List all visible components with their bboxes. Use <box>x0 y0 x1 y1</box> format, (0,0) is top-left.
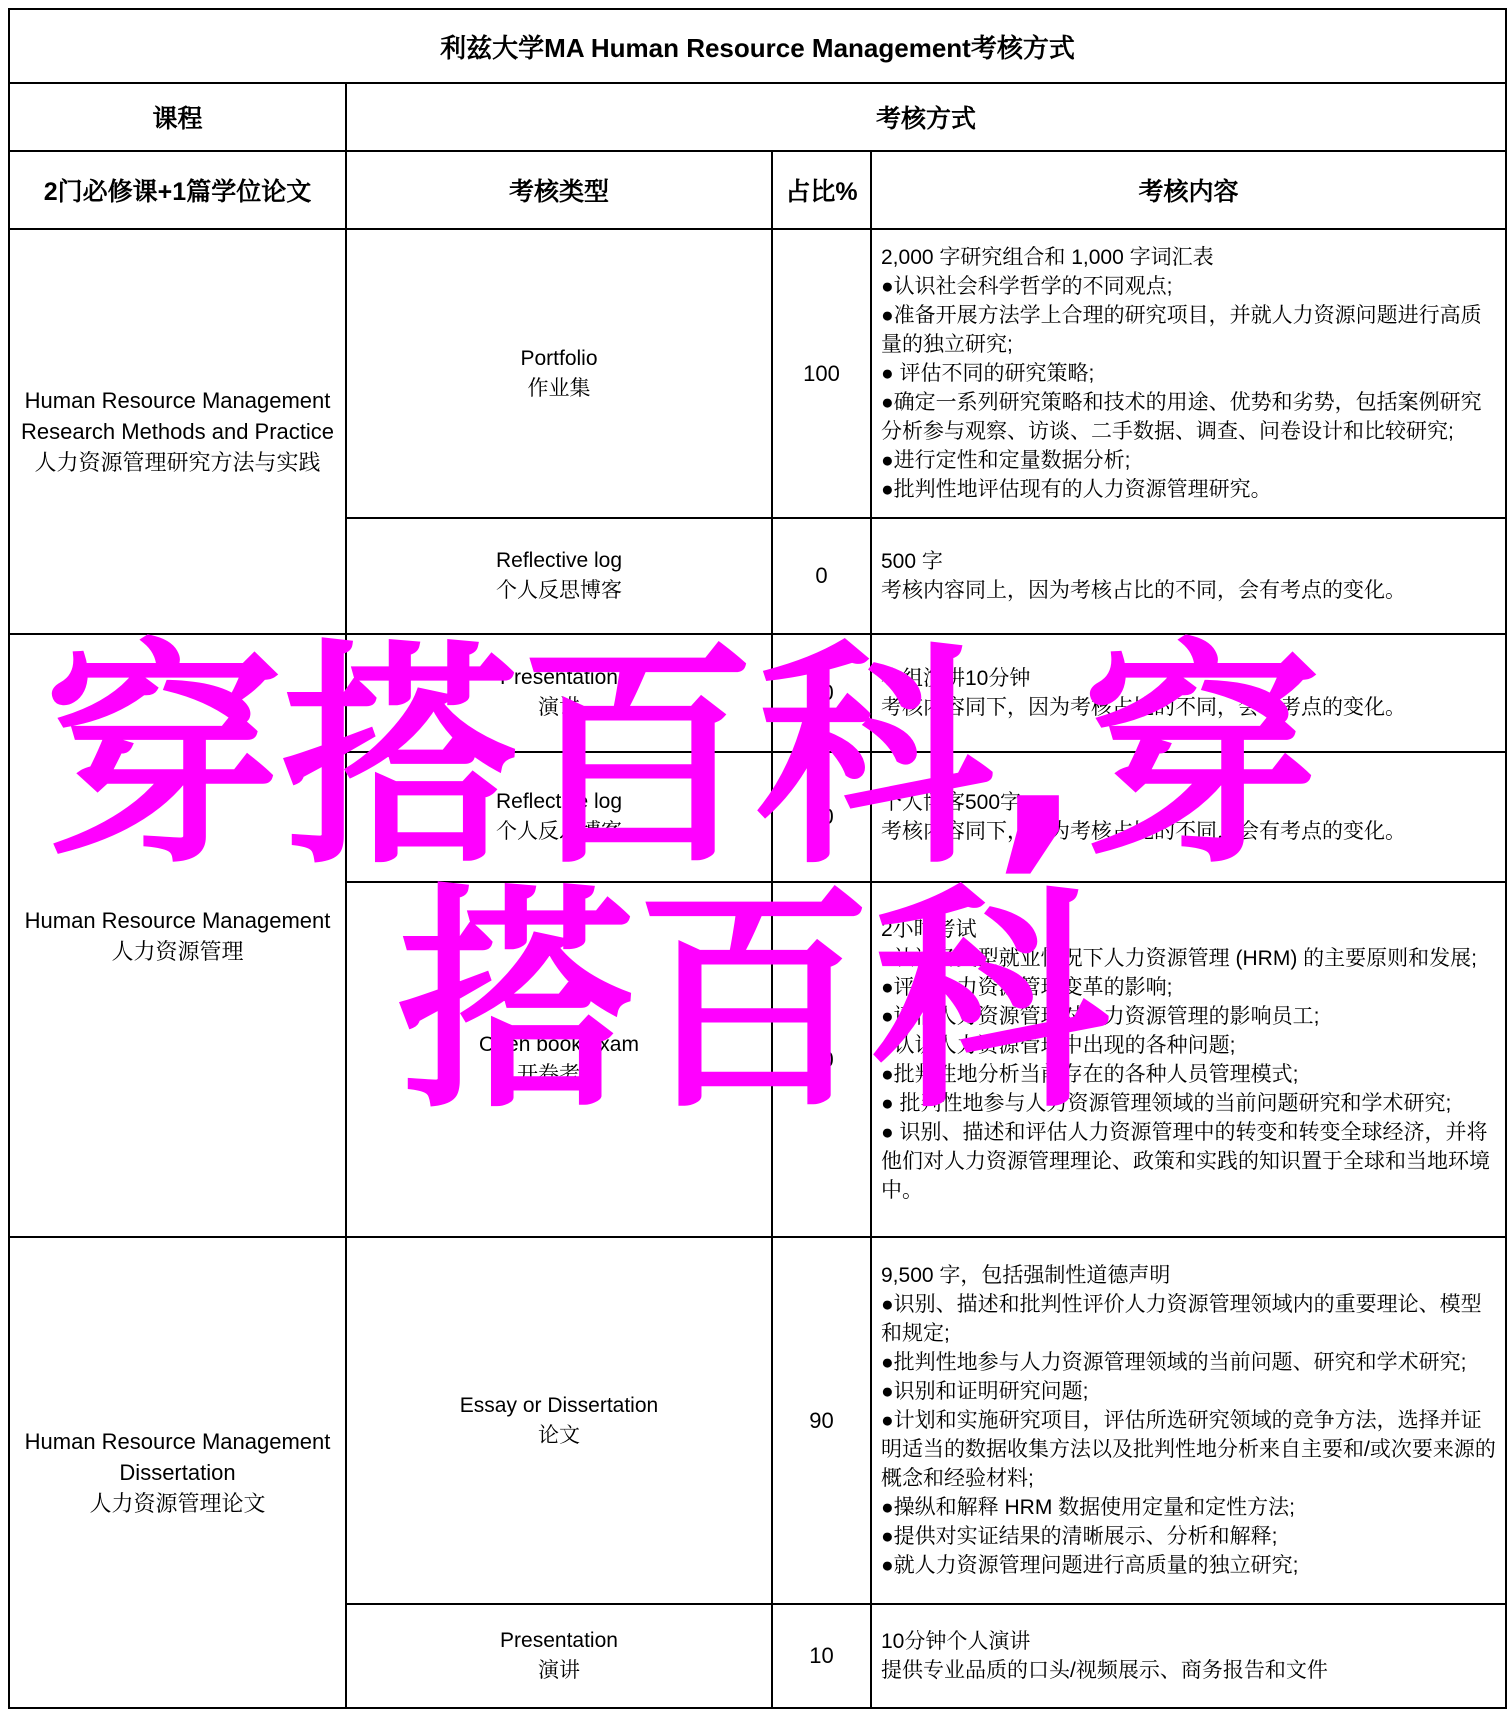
text-line: Human Resource Management <box>10 1426 345 1457</box>
content-essay: 9,500 字，包括强制性道德声明●识别、描述和批判性评价人力资源管理领域内的重… <box>871 1237 1506 1604</box>
content-presentation-2: 10分钟个人演讲提供专业品质的口头/视频展示、商务报告和文件 <box>871 1604 1506 1708</box>
content-reflective-log-1: 500 字考核内容同上，因为考核占比的不同，会有考点的变化。 <box>871 518 1506 634</box>
watermark-line-1: 穿搭百科,穿 <box>45 640 1320 877</box>
text-line: Essay or Dissertation <box>347 1391 771 1421</box>
text-line: 人力资源管理 <box>10 936 345 967</box>
text-line: 论文 <box>347 1421 771 1451</box>
header-content: 考核内容 <box>871 151 1506 229</box>
text-line: 9,500 字，包括强制性道德声明 <box>881 1261 1499 1290</box>
text-line: ●就人力资源管理问题进行高质量的独立研究; <box>881 1551 1499 1580</box>
text-line: ●认识社会科学哲学的不同观点; <box>881 272 1499 301</box>
course-name-dissertation: Human Resource ManagementDissertation人力资… <box>9 1237 346 1708</box>
text-line: 提供专业品质的口头/视频展示、商务报告和文件 <box>881 1656 1499 1685</box>
text-line: 2,000 字研究组合和 1,000 字词汇表 <box>881 243 1499 272</box>
assessment-type-essay: Essay or Dissertation论文 <box>346 1237 772 1604</box>
header-type: 考核类型 <box>346 151 772 229</box>
page-title: 利兹大学MA Human Resource Management考核方式 <box>9 9 1506 83</box>
text-line: ●提供对实证结果的清晰展示、分析和解释; <box>881 1522 1499 1551</box>
assessment-type-reflective-log-1: Reflective log个人反思博客 <box>346 518 772 634</box>
text-line: ● 评估不同的研究策略; <box>881 359 1499 388</box>
text-line: 人力资源管理论文 <box>10 1488 345 1519</box>
text-line: 考核内容同上，因为考核占比的不同，会有考点的变化。 <box>881 576 1499 605</box>
header-course-sub: 2门必修课+1篇学位论文 <box>9 151 346 229</box>
text-line: ●操纵和解释 HRM 数据使用定量和定性方法; <box>881 1493 1499 1522</box>
assessment-type-presentation-2: Presentation演讲 <box>346 1604 772 1708</box>
text-line: ●批判性地参与人力资源管理领域的当前问题、研究和学术研究; <box>881 1348 1499 1377</box>
text-line: ●确定一系列研究策略和技术的用途、优势和劣势，包括案例研究分析参与观察、访谈、二… <box>881 388 1499 446</box>
page: 利兹大学MA Human Resource Management考核方式 课程 … <box>0 0 1512 1709</box>
content-portfolio: 2,000 字研究组合和 1,000 字词汇表●认识社会科学哲学的不同观点;●准… <box>871 229 1506 518</box>
header-row-2: 2门必修课+1篇学位论文 考核类型 占比% 考核内容 <box>9 151 1506 229</box>
text-line: Reflective log <box>347 546 771 576</box>
header-method: 考核方式 <box>346 83 1506 151</box>
pct-reflective-log-1: 0 <box>772 518 871 634</box>
text-line: Portfolio <box>347 344 771 374</box>
table-row: Human Resource ManagementResearch Method… <box>9 229 1506 518</box>
text-line: Human Resource Management <box>10 905 345 936</box>
text-line: ●准备开展方法学上合理的研究项目，并就人力资源问题进行高质量的独立研究; <box>881 301 1499 359</box>
table-row: Human Resource ManagementDissertation人力资… <box>9 1237 1506 1604</box>
text-line: Human Resource Management <box>10 385 345 416</box>
header-pct: 占比% <box>772 151 871 229</box>
text-line: ●进行定性和定量数据分析; <box>881 446 1499 475</box>
text-line: Presentation <box>347 1626 771 1656</box>
text-line: 500 字 <box>881 547 1499 576</box>
pct-portfolio: 100 <box>772 229 871 518</box>
text-line: 10分钟个人演讲 <box>881 1627 1499 1656</box>
text-line: 演讲 <box>347 1656 771 1686</box>
text-line: ●识别和证明研究问题; <box>881 1377 1499 1406</box>
text-line: ●识别、描述和批判性评价人力资源管理领域内的重要理论、模型和规定; <box>881 1290 1499 1348</box>
header-course: 课程 <box>9 83 346 151</box>
text-line: 作业集 <box>347 374 771 404</box>
assessment-type-portfolio: Portfolio作业集 <box>346 229 772 518</box>
pct-essay: 90 <box>772 1237 871 1604</box>
pct-presentation-2: 10 <box>772 1604 871 1708</box>
text-line: ●计划和实施研究项目，评估所选研究领域的竞争方法，选择并证明适当的数据收集方法以… <box>881 1406 1499 1493</box>
text-line: Research Methods and Practice <box>10 416 345 447</box>
text-line: 人力资源管理研究方法与实践 <box>10 447 345 478</box>
text-line: ●批判性地评估现有的人力资源管理研究。 <box>881 475 1499 504</box>
text-line: Dissertation <box>10 1457 345 1488</box>
text-line: 个人反思博客 <box>347 576 771 606</box>
title-row: 利兹大学MA Human Resource Management考核方式 <box>9 9 1506 83</box>
header-row-1: 课程 考核方式 <box>9 83 1506 151</box>
watermark-line-2: 搭百科 <box>398 884 1109 1121</box>
course-name-research-methods: Human Resource ManagementResearch Method… <box>9 229 346 634</box>
